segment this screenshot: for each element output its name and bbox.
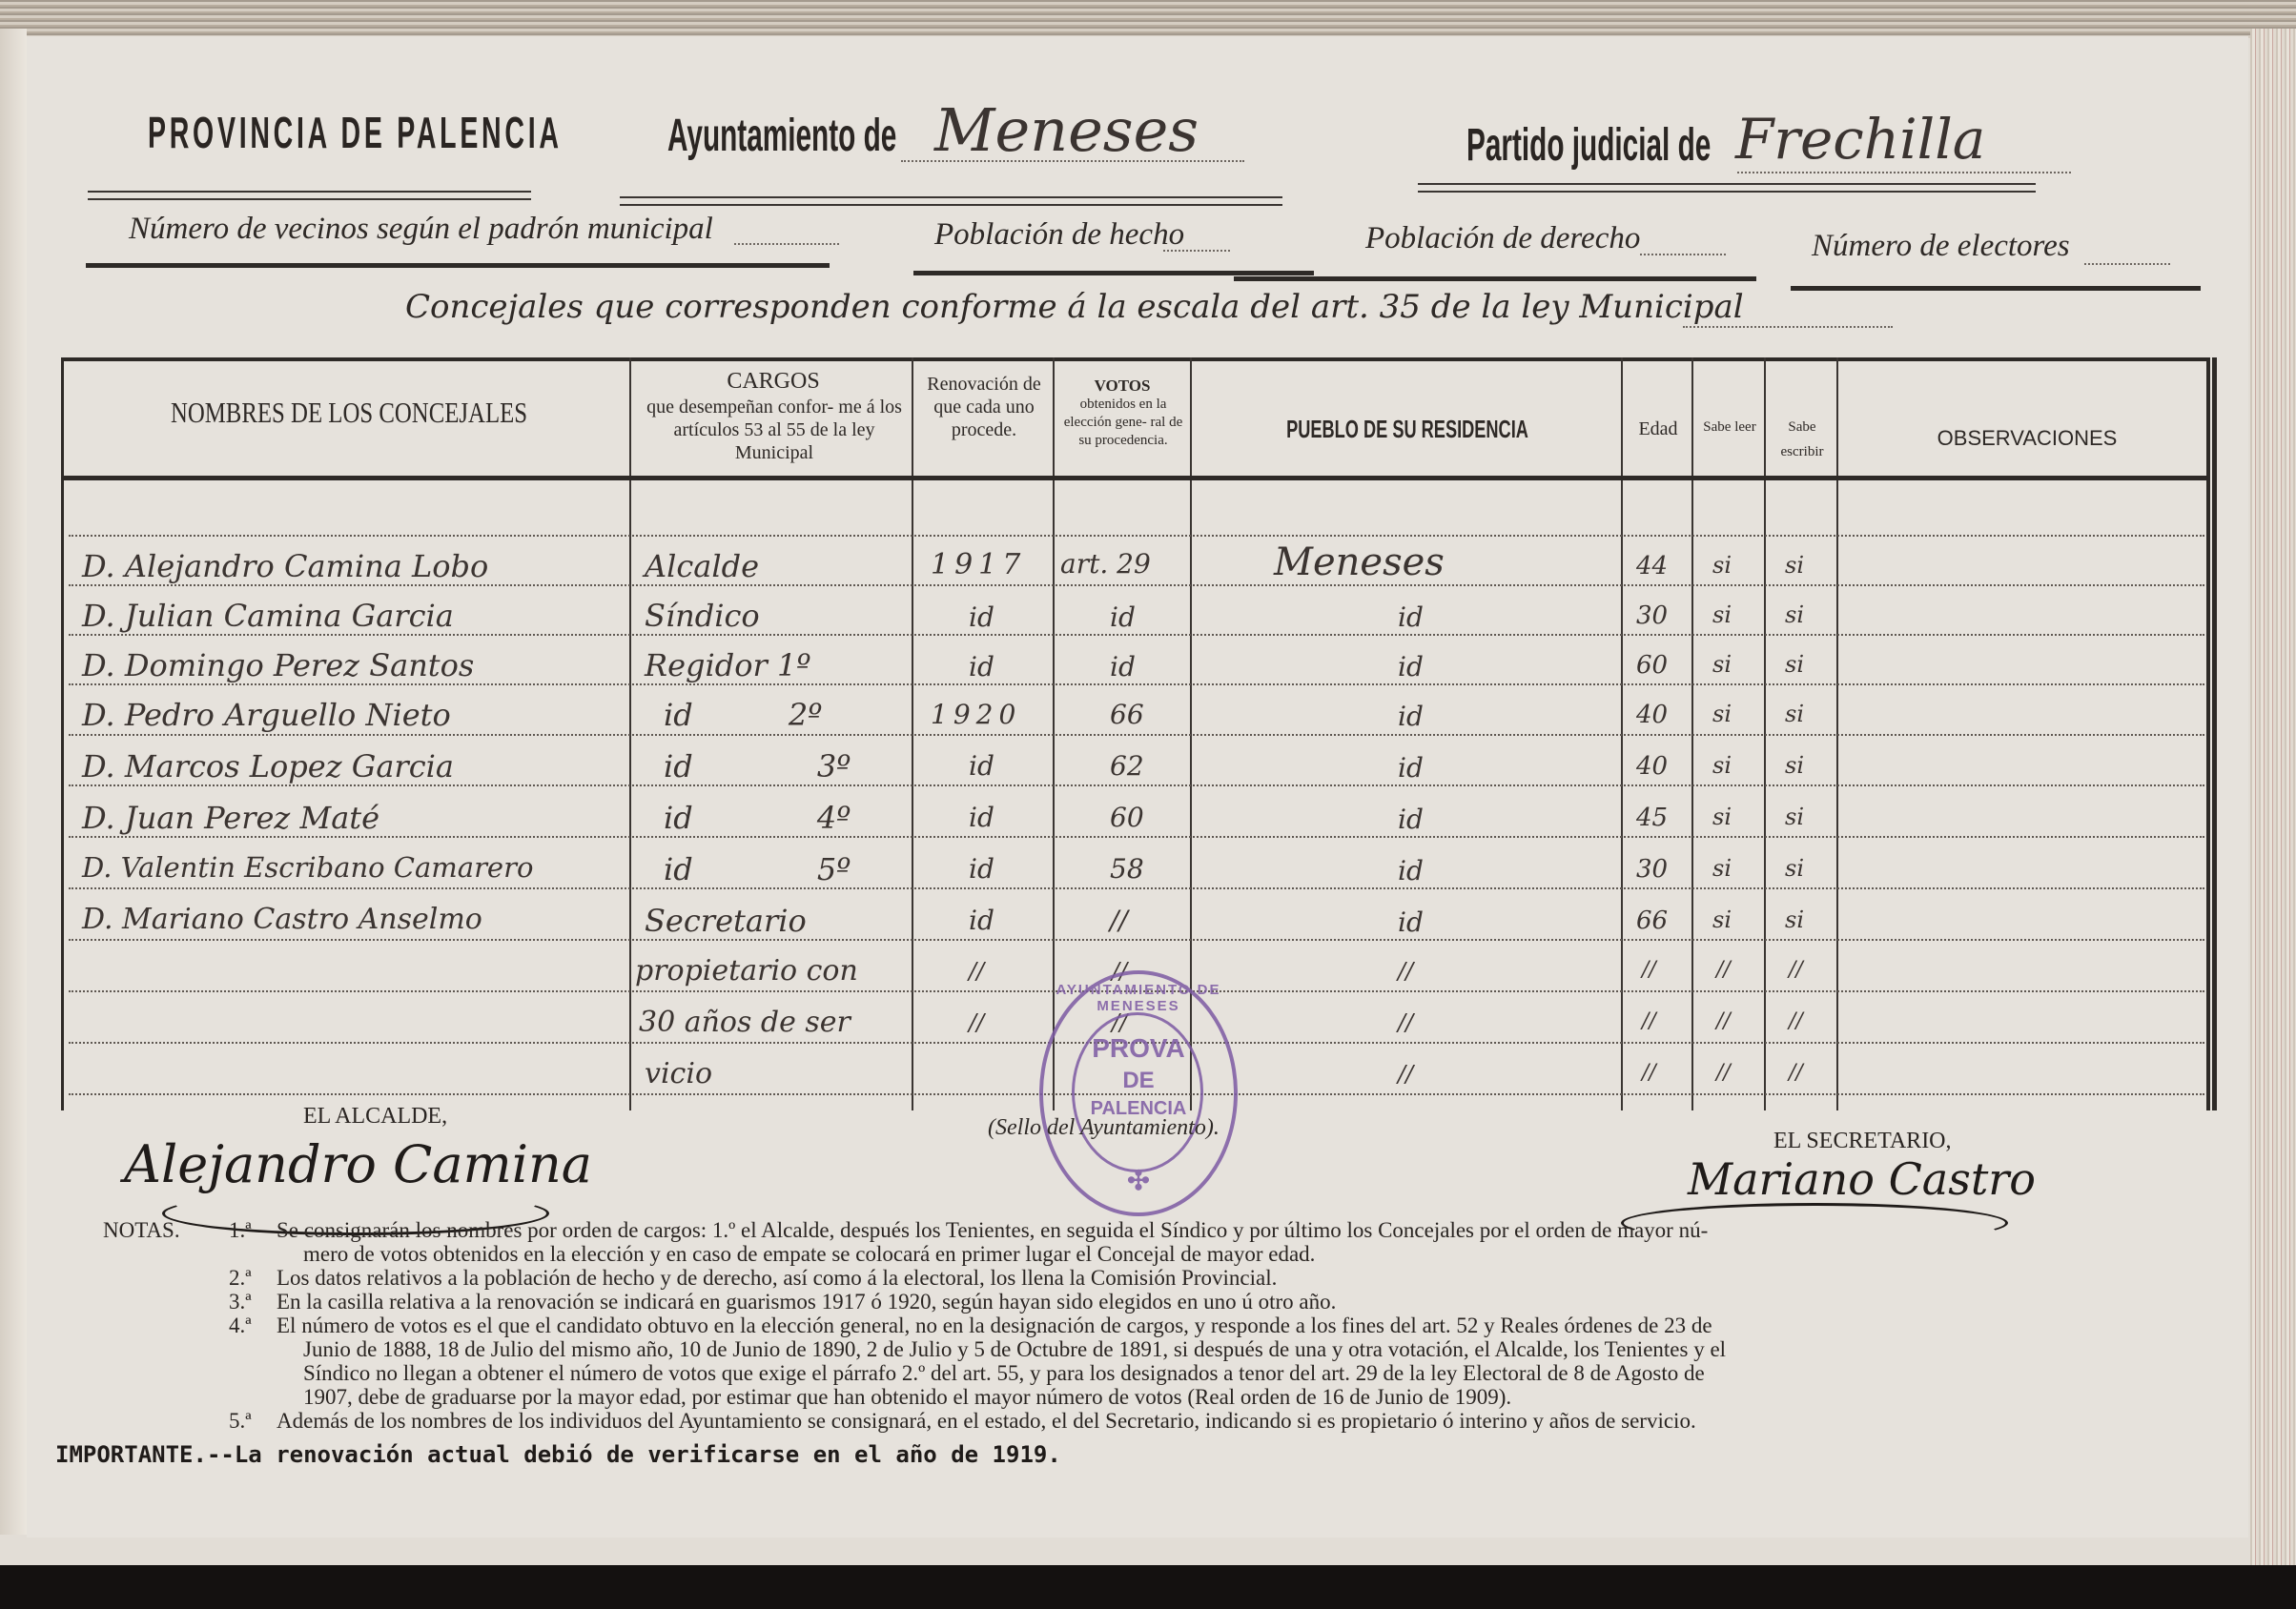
cell-pueblo: id xyxy=(1398,752,1424,784)
table-right-border xyxy=(2210,357,2217,1110)
electores-label: Número de electores xyxy=(1812,229,2070,264)
cell-votos: art. 29 xyxy=(1060,548,1151,580)
cell-cargo: Secretario xyxy=(645,903,807,939)
ayuntamiento-stamp: AYUNTAMIENTO DE MENESES PROVA DE PALENCI… xyxy=(1039,970,1238,1216)
cell-leer: si xyxy=(1712,552,1732,579)
cell-edad: 60 xyxy=(1636,651,1668,680)
note-text: Junio de 1888, 18 de Julio del mismo año… xyxy=(303,1337,1726,1361)
alcalde-label: EL ALCALDE, xyxy=(303,1104,447,1130)
poblacion-derecho-field[interactable] xyxy=(1640,254,1726,255)
cell-edad: // xyxy=(1642,958,1656,982)
col-header-cargos-title: CARGOS xyxy=(635,369,912,395)
cell-renovacion: id xyxy=(969,601,994,633)
ayuntamiento-dotted-line xyxy=(901,160,1244,162)
cell-edad: 40 xyxy=(1636,701,1668,729)
cell-renovacion: // xyxy=(969,958,984,985)
cell-leer: si xyxy=(1712,701,1732,727)
cell-cargo: Alcalde xyxy=(645,548,759,584)
cell-leer: si xyxy=(1712,601,1732,628)
ayuntamiento-value: Meneses xyxy=(934,95,1199,165)
notes-label: NOTAS. xyxy=(103,1218,180,1242)
note-number: 2.ª xyxy=(229,1266,252,1290)
row-separator xyxy=(69,734,2204,736)
cell-leer: // xyxy=(1716,1061,1731,1085)
partido-label: Partido judicial de xyxy=(1466,119,1711,172)
vecinos-underline xyxy=(86,263,830,268)
cell-nombre: D. Pedro Arguello Nieto xyxy=(82,697,451,733)
note-number: 5.ª xyxy=(229,1409,252,1433)
poblacion-hecho-label: Población de hecho xyxy=(934,217,1184,253)
row-separator xyxy=(69,836,2204,838)
cell-cargo: id 4º xyxy=(664,800,851,836)
cell-pueblo: id xyxy=(1398,804,1424,835)
row-separator xyxy=(69,887,2204,889)
cell-pueblo: id xyxy=(1398,855,1424,886)
cell-escribir: si xyxy=(1785,701,1804,727)
partido-dotted-line xyxy=(1737,172,2071,173)
book-page-edges-top xyxy=(0,0,2296,38)
cell-votos: // xyxy=(1110,905,1128,936)
cell-nombre: D. Mariano Castro Anselmo xyxy=(82,903,482,936)
cell-edad: 30 xyxy=(1636,601,1668,630)
secretario-signature: Mariano Castro xyxy=(1688,1153,2036,1205)
cell-edad: // xyxy=(1642,1009,1656,1033)
cell-renovacion: 1917 xyxy=(931,548,1026,581)
cell-pueblo: // xyxy=(1398,1009,1413,1036)
col-header-cargos: que desempeñan confor- me á los artículo… xyxy=(639,396,910,464)
cell-pueblo: id xyxy=(1398,906,1424,938)
cell-renovacion: // xyxy=(969,1009,984,1036)
cell-nombre: D. Marcos Lopez Garcia xyxy=(82,748,454,784)
cell-renovacion: 1920 xyxy=(931,699,1021,730)
cell-nombre: D. Domingo Perez Santos xyxy=(82,647,474,683)
note-text: 1907, debe de graduarse por la mayor eda… xyxy=(303,1385,1511,1409)
cell-edad: 44 xyxy=(1636,552,1668,580)
ayuntamiento-label: Ayuntamiento de xyxy=(667,110,896,162)
electores-field[interactable] xyxy=(2084,263,2170,265)
cell-pueblo: id xyxy=(1398,701,1424,732)
cell-leer: si xyxy=(1712,855,1732,882)
note-text: Además de los nombres de los individuos … xyxy=(277,1409,1696,1433)
stamp-ring-text: AYUNTAMIENTO DE MENESES xyxy=(1043,982,1234,1014)
note-text: Se consignarán los nombres por orden de … xyxy=(277,1218,1708,1242)
cell-escribir: // xyxy=(1789,1009,1803,1033)
cell-pueblo: // xyxy=(1398,1061,1413,1088)
note-text: Síndico no llegan a obtener el número de… xyxy=(303,1361,1705,1385)
cell-votos: id xyxy=(1110,651,1136,682)
note-number: 1.ª xyxy=(229,1218,252,1242)
cell-cargo: Regidor 1º xyxy=(645,647,810,683)
note-text: mero de votos obtenidos en la elección y… xyxy=(303,1242,1315,1266)
row-separator xyxy=(69,683,2204,685)
col-header-sabe-leer: Sabe leer xyxy=(1697,415,1762,439)
cell-escribir: si xyxy=(1785,855,1804,882)
cell-escribir: si xyxy=(1785,906,1804,933)
province-underline xyxy=(88,191,531,200)
cell-edad: 40 xyxy=(1636,752,1668,781)
table-top-border xyxy=(63,357,2214,361)
row-separator xyxy=(69,634,2204,636)
book-gutter xyxy=(0,29,27,1535)
cell-pueblo: Meneses xyxy=(1274,540,1445,584)
cell-votos: 58 xyxy=(1110,853,1144,885)
cell-edad: // xyxy=(1642,1061,1656,1085)
alcalde-signature: Alejandro Camina xyxy=(124,1134,592,1194)
partido-value: Frechilla xyxy=(1735,107,1985,172)
cell-votos: 60 xyxy=(1110,802,1144,833)
stamp-ornament-icon: ✣ xyxy=(1043,1165,1234,1196)
cell-pueblo: // xyxy=(1398,958,1413,985)
stamp-center-line2: DE xyxy=(1043,1068,1234,1094)
cell-cargo: id 5º xyxy=(664,851,851,887)
note-text: El número de votos es el que el candidat… xyxy=(277,1314,1712,1337)
cell-renovacion: id xyxy=(969,651,994,682)
partido-underline xyxy=(1418,183,2036,193)
cell-edad: 30 xyxy=(1636,855,1668,884)
row-separator xyxy=(69,535,2204,537)
book-page-edges-right xyxy=(2250,29,2296,1573)
row-separator xyxy=(69,584,2204,586)
cell-pueblo: id xyxy=(1398,601,1424,633)
cell-escribir: si xyxy=(1785,752,1804,779)
cell-cargo: id 3º xyxy=(664,748,851,784)
col-header-nombres: NOMBRES DE LOS CONCEJALES xyxy=(128,396,570,430)
ayuntamiento-underline xyxy=(620,196,1282,206)
col-header-pueblo: PUEBLO DE SU RESIDENCIA xyxy=(1261,415,1554,444)
secretario-label: EL SECRETARIO, xyxy=(1773,1129,1952,1154)
col-header-sabe-escribir: Sabe escribir xyxy=(1768,415,1836,464)
cell-leer: si xyxy=(1712,804,1732,830)
cell-nombre: D. Julian Camina Garcia xyxy=(82,598,454,634)
cell-escribir: si xyxy=(1785,651,1804,678)
cell-cargo: id 2º xyxy=(664,697,822,733)
row-separator xyxy=(69,939,2204,941)
cell-edad: 66 xyxy=(1636,906,1668,935)
electores-underline xyxy=(1791,286,2201,291)
cell-leer: si xyxy=(1712,752,1732,779)
cell-votos: id xyxy=(1110,601,1136,633)
cell-renovacion: id xyxy=(969,750,994,782)
row-separator xyxy=(69,784,2204,786)
cell-votos: 62 xyxy=(1110,750,1144,782)
cell-escribir: si xyxy=(1785,804,1804,830)
cell-edad: 45 xyxy=(1636,804,1668,832)
col-header-renovacion: Renovación de que cada uno procede. xyxy=(917,373,1051,441)
cell-cargo: 30 años de ser xyxy=(639,1006,851,1039)
cell-renovacion: id xyxy=(969,802,994,833)
header-bottom-rule xyxy=(63,476,2210,480)
sello-label: (Sello del Ayuntamiento). xyxy=(988,1115,1220,1141)
cell-renovacion: id xyxy=(969,905,994,936)
cell-leer: // xyxy=(1716,1009,1731,1033)
note-text: Los datos relativos a la población de he… xyxy=(277,1266,1277,1290)
poblacion-derecho-label: Población de derecho xyxy=(1365,221,1640,256)
cell-cargo: vicio xyxy=(645,1057,712,1090)
scan-background-bottom xyxy=(0,1565,2296,1609)
cell-leer: // xyxy=(1716,958,1731,982)
vecinos-label: Número de vecinos según el padrón munici… xyxy=(129,212,713,247)
col-header-observaciones: OBSERVACIONES xyxy=(1846,426,2208,451)
col-header-votos-title: VOTOS xyxy=(1056,377,1188,396)
province-title: PROVINCIA DE PALENCIA xyxy=(148,107,563,158)
cell-votos: 66 xyxy=(1110,699,1144,730)
cell-renovacion: id xyxy=(969,853,994,885)
stamp-center-line1: PROVA xyxy=(1043,1033,1234,1064)
cell-escribir: si xyxy=(1785,601,1804,628)
col-header-edad: Edad xyxy=(1625,418,1691,440)
cell-leer: si xyxy=(1712,651,1732,678)
concejales-count-field[interactable] xyxy=(1683,326,1893,328)
cell-leer: si xyxy=(1712,906,1732,933)
cell-escribir: si xyxy=(1785,552,1804,579)
note-text: En la casilla relativa a la renovación s… xyxy=(277,1290,1336,1314)
note-number: 3.ª xyxy=(229,1290,252,1314)
cell-cargo: propietario con xyxy=(635,954,858,988)
poblacion-hecho-underline xyxy=(913,271,1314,275)
cell-nombre: D. Juan Perez Maté xyxy=(82,800,379,836)
poblacion-derecho-underline xyxy=(1234,276,1756,281)
poblacion-hecho-field[interactable] xyxy=(1163,250,1230,252)
concejales-subtitle: Concejales que corresponden conforme á l… xyxy=(405,288,1744,326)
cell-escribir: // xyxy=(1789,958,1803,982)
cell-pueblo: id xyxy=(1398,651,1424,682)
note-number: 4.ª xyxy=(229,1314,252,1337)
cell-nombre: D. Alejandro Camina Lobo xyxy=(82,548,488,584)
important-notice: IMPORTANTE.--La renovación actual debió … xyxy=(55,1441,1061,1468)
cell-escribir: // xyxy=(1789,1061,1803,1085)
table-left-border xyxy=(61,357,64,1110)
cell-cargo: Síndico xyxy=(645,598,760,634)
cell-nombre: D. Valentin Escribano Camarero xyxy=(82,851,533,884)
vecinos-field[interactable] xyxy=(734,243,839,245)
col-header-votos: obtenidos en la elección gene- ral de su… xyxy=(1058,396,1188,450)
document-page: PROVINCIA DE PALENCIA Ayuntamiento de Me… xyxy=(0,0,2296,1609)
